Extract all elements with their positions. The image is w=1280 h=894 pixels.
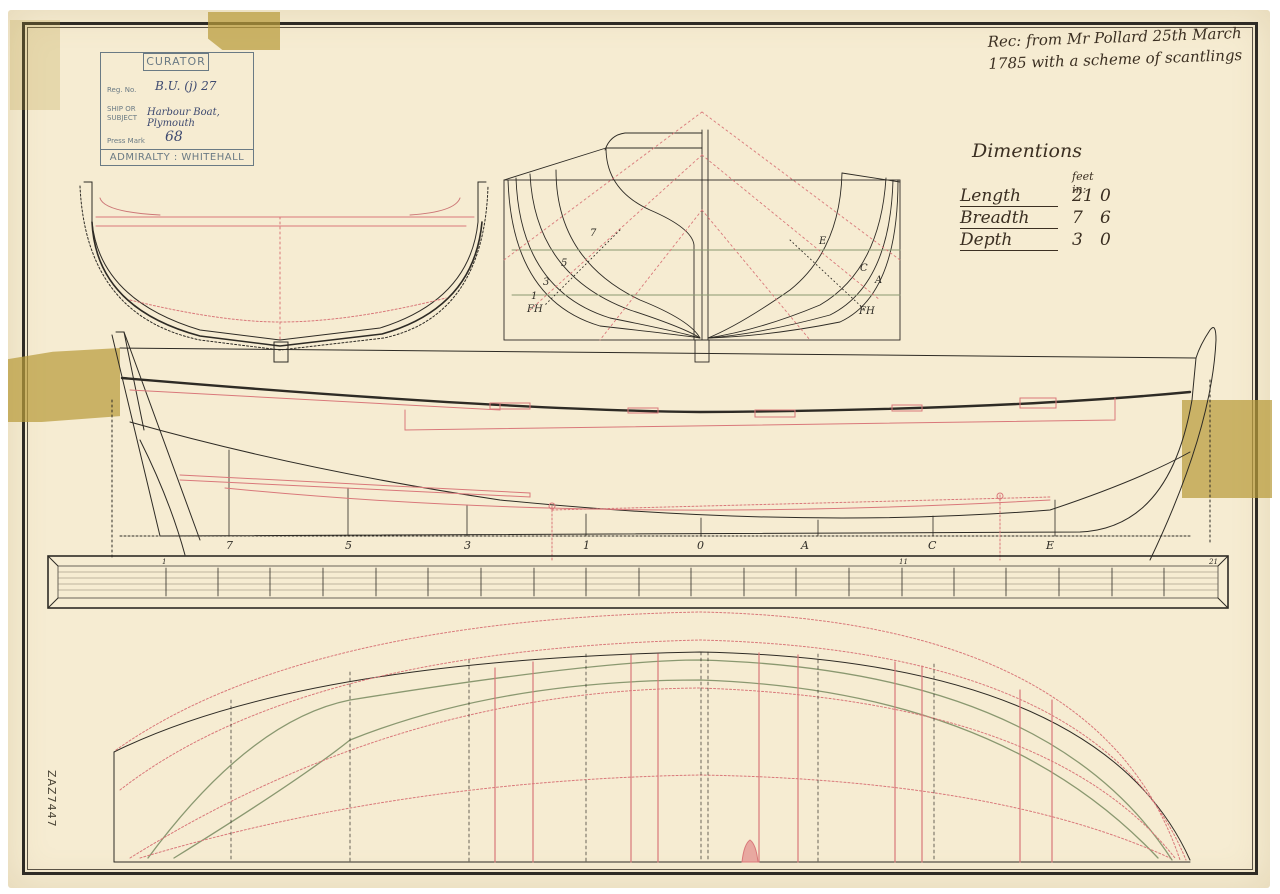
press-mark-value: 68 bbox=[165, 129, 183, 145]
scale-label-end: 21 bbox=[1209, 558, 1218, 566]
scale-label-mid: 11 bbox=[899, 558, 908, 566]
station-label: 5 bbox=[345, 539, 352, 552]
body-plan bbox=[504, 112, 900, 362]
body-label-3: 3 bbox=[543, 277, 549, 288]
body-label-c: C bbox=[860, 263, 868, 274]
body-label-5: 5 bbox=[561, 258, 567, 269]
scale-label-start: 1 bbox=[162, 558, 166, 566]
reg-no-value: B.U. (j) 27 bbox=[155, 79, 216, 93]
catalogue-number: ZAZ7447 bbox=[45, 770, 58, 828]
press-mark-label: Press Mark bbox=[107, 137, 145, 145]
body-label-fh-right: FH bbox=[859, 306, 875, 317]
stamp-footer: ADMIRALTY : WHITEHALL bbox=[101, 149, 253, 165]
body-label-e: E bbox=[819, 236, 826, 247]
body-label-1: 1 bbox=[531, 291, 537, 302]
ship-value: Harbour Boat, Plymouth bbox=[147, 107, 253, 129]
station-label: 3 bbox=[464, 539, 471, 552]
dimension-row-length: Length 21 0 bbox=[960, 186, 1058, 207]
stamp-header: CURATOR bbox=[143, 53, 209, 71]
body-label-a: A bbox=[875, 275, 882, 286]
dimensions-table: Dimentions feet in: Length 21 0 Breadth … bbox=[960, 140, 1082, 162]
scale-bar bbox=[48, 556, 1228, 608]
station-label: 0 bbox=[697, 539, 704, 552]
half-breadth-plan bbox=[114, 612, 1190, 862]
body-label-7: 7 bbox=[590, 228, 596, 239]
ship-label-2: SUBJECT bbox=[107, 114, 137, 122]
reg-no-label: Reg. No. bbox=[107, 86, 136, 94]
dimension-row-depth: Depth 3 0 bbox=[960, 230, 1058, 251]
midship-section bbox=[80, 182, 488, 362]
dimensions-title: Dimentions bbox=[972, 140, 1082, 162]
curator-stamp: CURATOR Reg. No. B.U. (j) 27 SHIP OR SUB… bbox=[100, 52, 254, 166]
station-label: 7 bbox=[226, 539, 233, 552]
body-label-fh-left: FH bbox=[527, 304, 543, 315]
station-label: C bbox=[928, 539, 936, 552]
ship-label-1: SHIP OR bbox=[107, 105, 136, 113]
dimension-row-breadth: Breadth 7 6 bbox=[960, 208, 1058, 229]
station-label: A bbox=[801, 539, 809, 552]
station-label: E bbox=[1046, 539, 1054, 552]
station-label: 1 bbox=[583, 539, 590, 552]
